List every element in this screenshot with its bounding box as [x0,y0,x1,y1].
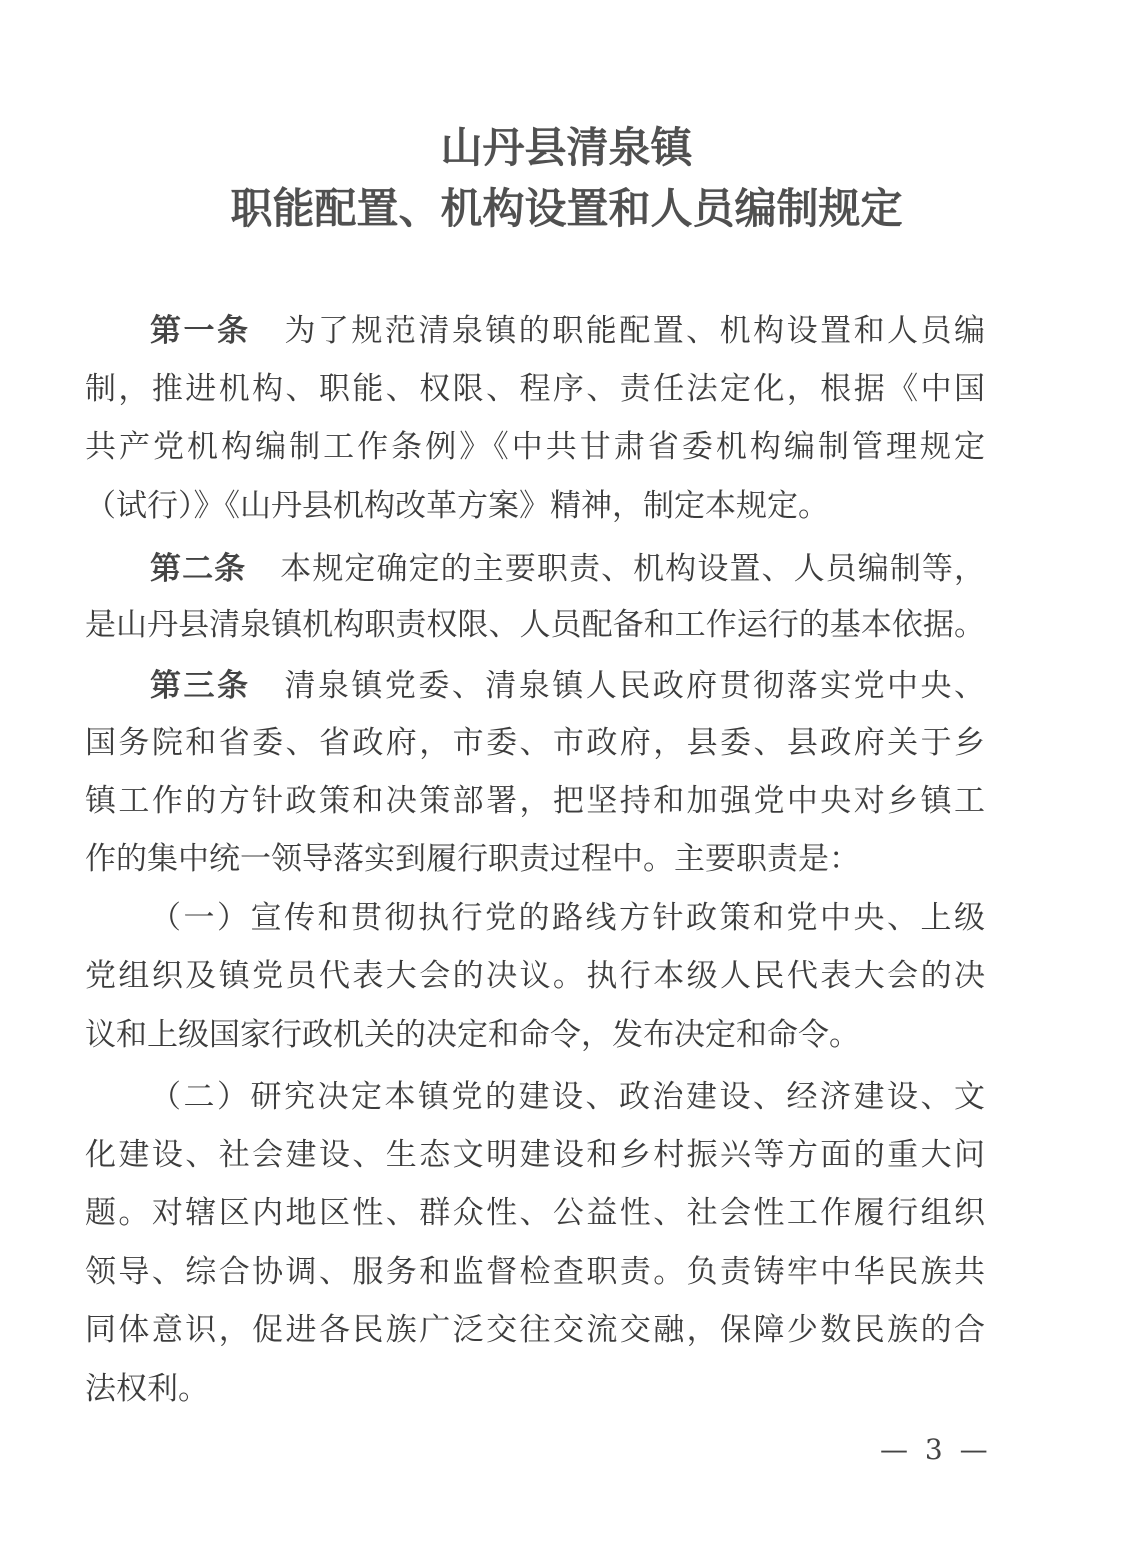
item-2-line-2: 化建设、社会建设、生态文明建设和乡村振兴等方面的重大问 [85,1135,985,1175]
article-3-line-3: 镇工作的方针政策和决策部署，把坚持和加强党中央对乡镇工 [85,781,985,821]
item-2-line-4: 领导、综合协调、服务和监督检查职责。负责铸牢中华民族共 [85,1252,985,1292]
article-2-line-1: 第二条本规定确定的主要职责、机构设置、人员编制等， [150,549,985,589]
item-1-line-1: （一）宣传和贯彻执行党的路线方针政策和党中央、上级 [150,898,985,938]
article-label: 第一条 [150,313,250,349]
item-2-line-5: 同体意识，促进各民族广泛交往交流交融，保障少数民族的合 [85,1310,985,1350]
article-3-line-4: 作的集中统一领导落实到履行职责过程中。主要职责是： [85,839,985,879]
article-1-line-3: 共产党机构编制工作条例》《中共甘肃省委机构编制管理规定 [85,427,985,467]
article-label: 第二条 [150,551,246,587]
article-3-line-1: 第三条清泉镇党委、清泉镇人民政府贯彻落实党中央、 [150,666,985,706]
document-title-line1: 山丹县清泉镇 [0,122,1133,174]
item-2-line-1: （二）研究决定本镇党的建设、政治建设、经济建设、文 [150,1077,985,1117]
page-number: — 3 — [880,1432,992,1468]
article-text: 本规定确定的主要职责、机构设置、人员编制等， [280,551,985,587]
article-1-line-2: 制，推进机构、职能、权限、程序、责任法定化，根据《中国 [85,369,985,409]
item-1-line-3: 议和上级国家行政机关的决定和命令，发布决定和命令。 [85,1015,985,1055]
item-2-line-3: 题。对辖区内地区性、群众性、公益性、社会性工作履行组织 [85,1193,985,1233]
article-text: 清泉镇党委、清泉镇人民政府贯彻落实党中央、 [284,668,985,704]
article-3-line-2: 国务院和省委、省政府，市委、市政府，县委、县政府关于乡 [85,723,985,763]
article-label: 第三条 [150,668,250,704]
article-text: 为了规范清泉镇的职能配置、机构设置和人员编 [284,313,985,349]
article-1-line-1: 第一条为了规范清泉镇的职能配置、机构设置和人员编 [150,311,985,351]
article-2-line-2: 是山丹县清泉镇机构职责权限、人员配备和工作运行的基本依据。 [85,605,985,645]
item-1-line-2: 党组织及镇党员代表大会的决议。执行本级人民代表大会的决 [85,956,985,996]
item-2-line-6: 法权利。 [85,1369,985,1409]
article-1-line-4: （试行）》《山丹县机构改革方案》精神，制定本规定。 [85,486,985,526]
document-page: 山丹县清泉镇 职能配置、机构设置和人员编制规定 第一条为了规范清泉镇的职能配置、… [0,0,1133,1548]
document-title-line2: 职能配置、机构设置和人员编制规定 [0,183,1133,235]
